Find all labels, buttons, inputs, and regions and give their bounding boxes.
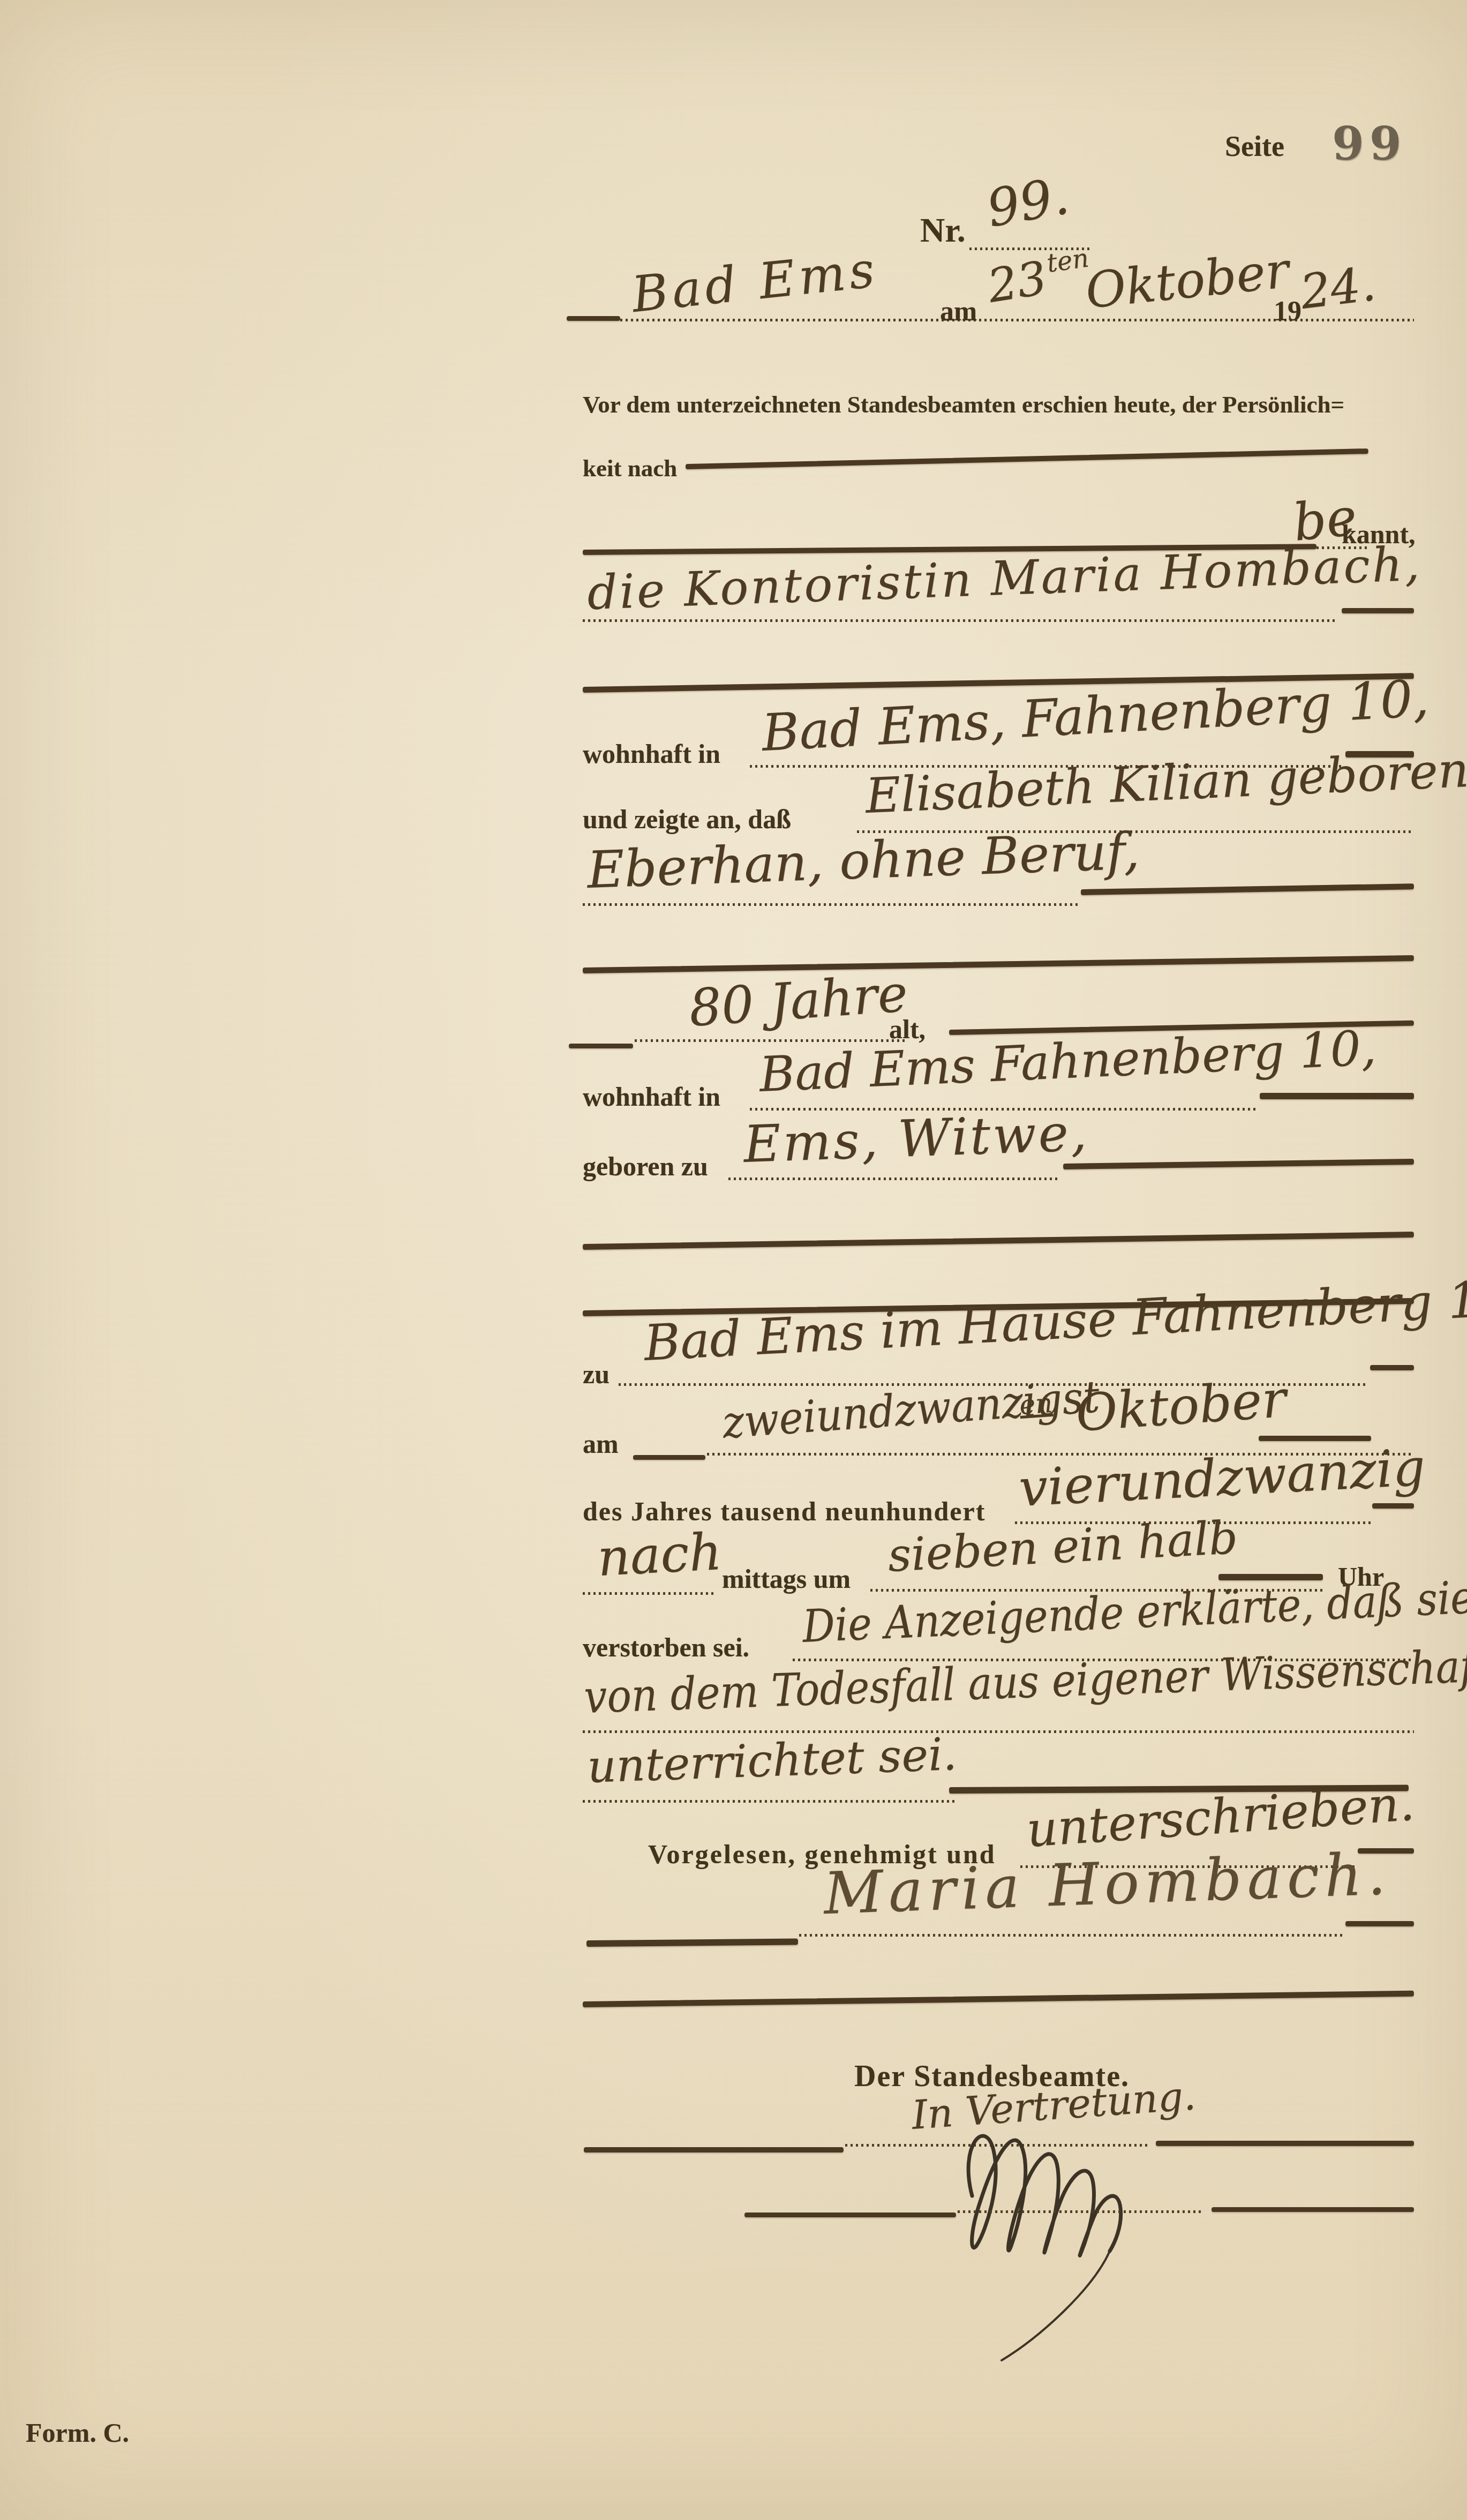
dotted-line [583, 619, 1338, 622]
page-header-seite-label: Seite [1225, 132, 1284, 161]
pen-dash [1212, 2207, 1414, 2212]
deceased-name-value-2: Eberhan, ohne Beruf, [586, 826, 1140, 896]
record-month-value: Oktober [1083, 246, 1291, 316]
statement-line-3: unterrichtet sei. [586, 1731, 958, 1789]
record-day-value: 23 [985, 255, 1050, 310]
pen-dash [1370, 1365, 1414, 1370]
death-time-label-1: mittags um [722, 1565, 851, 1592]
dotted-line [583, 903, 1081, 906]
pen-dash [569, 1044, 633, 1048]
death-place-label: zu [583, 1361, 610, 1387]
declarant-signature: Maria Hombach. [823, 1846, 1391, 1923]
pen-stroke [583, 955, 1414, 973]
pen-dash [1260, 1093, 1414, 1099]
intro-line-2: keit nach [583, 456, 677, 481]
registry-record-page: Seite 99 Nr. 99. Bad Ems am 23 ten Oktob… [0, 0, 1467, 2520]
death-place-value: Bad Ems im Hause Fahnenberg 10, [643, 1273, 1467, 1368]
residence2-value: Bad Ems Fahnenberg 10, [758, 1024, 1377, 1099]
dotted-line [799, 1934, 1345, 1937]
record-year-value: 24. [1298, 260, 1378, 316]
dotted-line [958, 2210, 1203, 2213]
pen-dash [633, 1455, 705, 1460]
death-time-prefix: nach [596, 1527, 723, 1584]
dotted-line [728, 1177, 1060, 1180]
announcement-label: und zeigte an, daß [583, 806, 791, 832]
form-type-label: Form. C. [26, 2419, 129, 2446]
pen-stroke [1063, 1159, 1414, 1169]
pen-stroke [583, 1991, 1414, 2007]
pen-dash [586, 1939, 798, 1947]
pen-stroke [583, 1232, 1414, 1250]
dotted-line [583, 1730, 1414, 1733]
pen-dash [567, 316, 620, 321]
residence2-label: wohnhaft in [583, 1083, 720, 1110]
statement-line-1: Die Anzeigende erklärte, daß sie [801, 1574, 1467, 1649]
age-label: alt, [889, 1016, 926, 1042]
page-number-stamp: 99 [1332, 121, 1407, 167]
pen-dash [584, 2147, 844, 2152]
record-number-value: 99. [983, 170, 1072, 235]
pen-dash [1372, 1503, 1414, 1509]
residence1-label: wohnhaft in [583, 740, 720, 767]
death-day-label: am [583, 1430, 619, 1457]
pen-dash [744, 2212, 956, 2217]
year-prefix-label: 19 [1274, 298, 1302, 326]
pen-dash [1342, 608, 1414, 613]
pen-stroke [686, 448, 1368, 469]
statement-label: verstorben sei. [583, 1634, 749, 1661]
record-number-label: Nr. [920, 213, 966, 247]
birthplace-label: geboren zu [583, 1153, 708, 1180]
registrar-signature [921, 2113, 1243, 2365]
dotted-line [583, 1592, 717, 1595]
pen-dash [1345, 1921, 1414, 1926]
record-place-value: Bad Ems [629, 245, 880, 320]
death-month-value: Oktober [1074, 1374, 1288, 1439]
age-value: 80 Jahre [687, 969, 909, 1034]
dotted-line [583, 1800, 958, 1803]
death-year-label: des Jahres tausend neunhundert [583, 1498, 985, 1525]
birthplace-value: Ems, Witwe, [743, 1108, 1090, 1171]
intro-line-1: Vor dem unterzeichneten Standesbeamten e… [583, 393, 1344, 417]
pen-stroke [1081, 883, 1414, 895]
deceased-name-value: Elisabeth Kilian geborene [864, 745, 1467, 821]
am-label: am [940, 298, 977, 326]
pen-dash [1259, 1436, 1371, 1441]
death-day-suffix: en [1019, 1390, 1054, 1419]
